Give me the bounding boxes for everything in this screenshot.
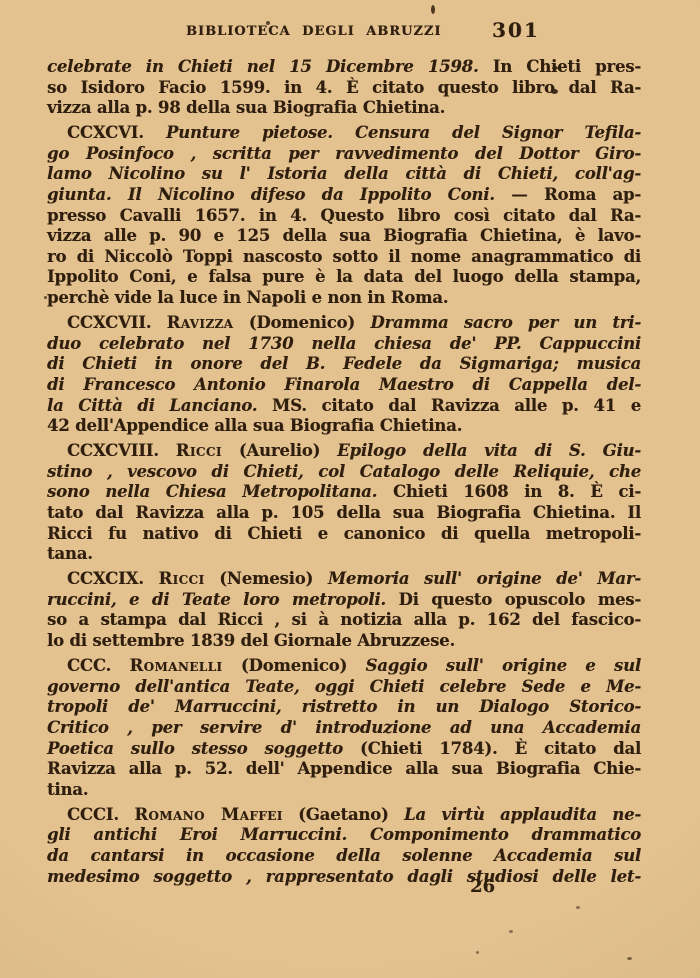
page-number: 301 — [492, 18, 540, 42]
text-segment-roman: (Domenico) — [222, 656, 365, 675]
text-line: medesimo soggetto , rappresentato dagli … — [47, 867, 641, 888]
text-segment-roman: In Chieti pres- — [479, 57, 641, 76]
text-segment-roman: (Aurelio) — [222, 441, 337, 460]
text-segment-roman: tato dal Ravizza alla p. 105 della sua B… — [47, 503, 641, 522]
text-segment-italic: da cantarsi in occasione della solenne A… — [47, 846, 641, 865]
text-segment-smallcaps: Ricci — [158, 569, 204, 588]
text-line: giunta. Il Nicolino difeso da Ippolito C… — [47, 185, 641, 206]
text-line: tina. — [47, 780, 641, 801]
text-segment-italic: duo celebrato nel 1730 nella chiesa de' … — [47, 334, 641, 353]
text-segment-italic: stino , vescovo di Chieti, col Catalogo … — [47, 462, 641, 481]
ink-speck — [509, 930, 513, 933]
text-segment-italic: Saggio sull' origine e sul — [366, 656, 641, 675]
text-line: gli antichi Eroi Marruccini. Componiment… — [47, 825, 641, 846]
text-line: tropoli de' Marruccini, ristretto in un … — [47, 697, 641, 718]
text-line: 42 dell'Appendice alla sua Biografia Chi… — [47, 416, 641, 437]
text-line: CCXCVI. Punture pietose. Censura del Sig… — [47, 123, 641, 144]
text-segment-roman: perchè vide la luce in Napoli e non in R… — [47, 288, 448, 307]
text-line: so Isidoro Facio 1599. in 4. È citato qu… — [47, 78, 641, 99]
text-segment-roman: presso Cavalli 1657. in 4. Questo libro … — [47, 206, 641, 225]
text-segment-roman: CCXCVII. — [67, 313, 167, 332]
text-line: CCXCIX. Ricci (Nemesio) Memoria sull' or… — [47, 569, 641, 590]
text-segment-italic: di Chieti in onore del B. Fedele da Sigm… — [47, 354, 641, 373]
text-line: go Posinfoco , scritta per ravvedimento … — [47, 144, 641, 165]
text-segment-roman: 42 dell'Appendice alla sua Biografia Chi… — [47, 416, 462, 435]
ink-speck — [551, 89, 558, 94]
text-segment-italic: governo dell'antica Teate, oggi Chieti c… — [47, 677, 641, 696]
text-segment-italic: sono nella Chiesa Metropolitana. — [47, 482, 377, 501]
text-line: vizza alla p. 98 della sua Biografia Chi… — [47, 98, 641, 119]
text-line: Ravizza alla p. 52. dell' Appendice alla… — [47, 759, 641, 780]
text-segment-roman: Ippolito Coni, e falsa pure è la data de… — [47, 267, 641, 286]
text-line: Ricci fu nativo di Chieti e canonico di … — [47, 524, 641, 545]
ink-speck — [431, 5, 435, 14]
text-line: lamo Nicolino su l' Istoria della città … — [47, 164, 641, 185]
text-segment-roman: MS. citato dal Ravizza alle p. 41 e — [257, 396, 641, 415]
text-segment-roman: (Domenico) — [233, 313, 370, 332]
entry-paragraph: CCXCVII. Ravizza (Domenico) Dramma sacro… — [47, 313, 641, 437]
text-line: duo celebrato nel 1730 nella chiesa de' … — [47, 334, 641, 355]
text-segment-italic: Critico , per servire d' introduzione ad… — [47, 718, 641, 737]
text-line: so a stampa dal Ricci , si à notizia all… — [47, 610, 641, 631]
text-segment-roman: CCXCVI. — [67, 123, 166, 142]
text-segment-roman: tana. — [47, 544, 93, 563]
text-line: ro di Niccolò Toppi nascosto sotto il no… — [47, 247, 641, 268]
text-line: sono nella Chiesa Metropolitana. Chieti … — [47, 482, 641, 503]
text-line: stino , vescovo di Chieti, col Catalogo … — [47, 462, 641, 483]
text-line: di Francesco Antonio Finarola Maestro di… — [47, 375, 641, 396]
text-line: lo di settembre 1839 del Giornale Abruzz… — [47, 631, 641, 652]
entry-paragraph: CCXCVIII. Ricci (Aurelio) Epilogo della … — [47, 441, 641, 565]
text-line: CCXCVIII. Ricci (Aurelio) Epilogo della … — [47, 441, 641, 462]
text-line: CCC. Romanelli (Domenico) Saggio sull' o… — [47, 656, 641, 677]
text-segment-roman: so Isidoro Facio 1599. in 4. È citato qu… — [47, 78, 641, 97]
text-segment-italic: Memoria sull' origine de' Mar- — [328, 569, 641, 588]
text-segment-roman: Ricci fu nativo di Chieti e canonico di … — [47, 524, 641, 543]
text-segment-roman: (Chieti 1784). È citato dal — [343, 739, 641, 758]
signature-number: 26 — [470, 876, 495, 897]
text-segment-roman: CCC. — [67, 656, 129, 675]
text-segment-roman: CCXCVIII. — [67, 441, 176, 460]
text-segment-italic: di Francesco Antonio Finarola Maestro di… — [47, 375, 641, 394]
text-line: CCXCVII. Ravizza (Domenico) Dramma sacro… — [47, 313, 641, 334]
text-segment-roman: ro di Niccolò Toppi nascosto sotto il no… — [47, 247, 641, 266]
text-line: vizza alle p. 90 e 125 della sua Biograf… — [47, 226, 641, 247]
text-line: da cantarsi in occasione della solenne A… — [47, 846, 641, 867]
text-segment-smallcaps: Romanelli — [129, 656, 222, 675]
text-segment-roman: vizza alla p. 98 della sua Biografia Chi… — [47, 98, 445, 117]
text-line: tato dal Ravizza alla p. 105 della sua B… — [47, 503, 641, 524]
entry-paragraph: CCXCIX. Ricci (Nemesio) Memoria sull' or… — [47, 569, 641, 651]
ink-speck — [576, 906, 580, 909]
text-segment-smallcaps: Ricci — [176, 441, 222, 460]
text-segment-roman: Ravizza alla p. 52. dell' Appendice alla… — [47, 759, 641, 778]
text-segment-italic: Poetica sullo stesso soggetto — [47, 739, 343, 758]
text-segment-italic: La virtù applaudita ne- — [404, 805, 641, 824]
ink-speck — [44, 296, 47, 299]
text-segment-italic: lamo Nicolino su l' Istoria della città … — [47, 164, 641, 183]
ink-speck — [627, 957, 632, 960]
text-segment-italic: giunta. Il Nicolino difeso da Ippolito C… — [47, 185, 495, 204]
text-body: celebrate in Chieti nel 15 Dicembre 1598… — [47, 57, 641, 892]
text-segment-roman: (Nemesio) — [205, 569, 328, 588]
text-segment-roman: tina. — [47, 780, 88, 799]
scanned-book-page: BIBLIOTECA DEGLI ABRUZZI 301 celebrate i… — [0, 0, 700, 978]
entry-paragraph: CCCI. Romano Maffei (Gaetano) La virtù a… — [47, 805, 641, 887]
text-segment-roman: (Gaetano) — [283, 805, 404, 824]
text-segment-italic: ruccini, e di Teate loro metropoli. — [47, 590, 386, 609]
text-segment-roman: so a stampa dal Ricci , si à notizia all… — [47, 610, 641, 629]
text-line: di Chieti in onore del B. Fedele da Sigm… — [47, 354, 641, 375]
text-line: governo dell'antica Teate, oggi Chieti c… — [47, 677, 641, 698]
text-segment-roman: CCCI. — [67, 805, 134, 824]
text-segment-italic: tropoli de' Marruccini, ristretto in un … — [47, 697, 641, 716]
running-title: BIBLIOTECA DEGLI ABRUZZI — [186, 24, 441, 39]
ink-speck — [549, 136, 553, 139]
text-segment-italic: go Posinfoco , scritta per ravvedimento … — [47, 144, 641, 163]
entry-paragraph: CCC. Romanelli (Domenico) Saggio sull' o… — [47, 656, 641, 800]
entry-paragraph: CCXCVI. Punture pietose. Censura del Sig… — [47, 123, 641, 308]
text-segment-italic: gli antichi Eroi Marruccini. Componiment… — [47, 825, 641, 844]
text-segment-roman: vizza alle p. 90 e 125 della sua Biograf… — [47, 226, 641, 245]
text-segment-italic: Punture pietose. Censura del Signor Tefi… — [166, 123, 641, 142]
text-line: ruccini, e di Teate loro metropoli. Di q… — [47, 590, 641, 611]
text-segment-italic: celebrate in Chieti nel 15 Dicembre 1598… — [47, 57, 479, 76]
ink-speck — [552, 66, 558, 70]
text-segment-smallcaps: Romano Maffei — [134, 805, 282, 824]
text-line: tana. — [47, 544, 641, 565]
text-segment-italic: Epilogo della vita di S. Giu- — [337, 441, 641, 460]
text-segment-roman: — Roma ap- — [495, 185, 641, 204]
text-segment-roman: CCXCIX. — [67, 569, 158, 588]
text-segment-roman: Chieti 1608 in 8. È ci- — [377, 482, 641, 501]
text-segment-roman: Di questo opuscolo mes- — [386, 590, 641, 609]
ink-speck — [476, 951, 479, 954]
ink-speck — [266, 21, 270, 25]
text-line: presso Cavalli 1657. in 4. Questo libro … — [47, 206, 641, 227]
text-segment-italic: medesimo soggetto , rappresentato dagli … — [47, 867, 641, 886]
text-line: Poetica sullo stesso soggetto (Chieti 17… — [47, 739, 641, 760]
text-line: Ippolito Coni, e falsa pure è la data de… — [47, 267, 641, 288]
text-segment-smallcaps: Ravizza — [167, 313, 234, 332]
text-line: Critico , per servire d' introduzione ad… — [47, 718, 641, 739]
text-line: CCCI. Romano Maffei (Gaetano) La virtù a… — [47, 805, 641, 826]
text-line: perchè vide la luce in Napoli e non in R… — [47, 288, 641, 309]
text-segment-italic: Dramma sacro per un tri- — [370, 313, 641, 332]
text-segment-italic: la Città di Lanciano. — [47, 396, 257, 415]
text-line: la Città di Lanciano. MS. citato dal Rav… — [47, 396, 641, 417]
text-segment-roman: lo di settembre 1839 del Giornale Abruzz… — [47, 631, 455, 650]
